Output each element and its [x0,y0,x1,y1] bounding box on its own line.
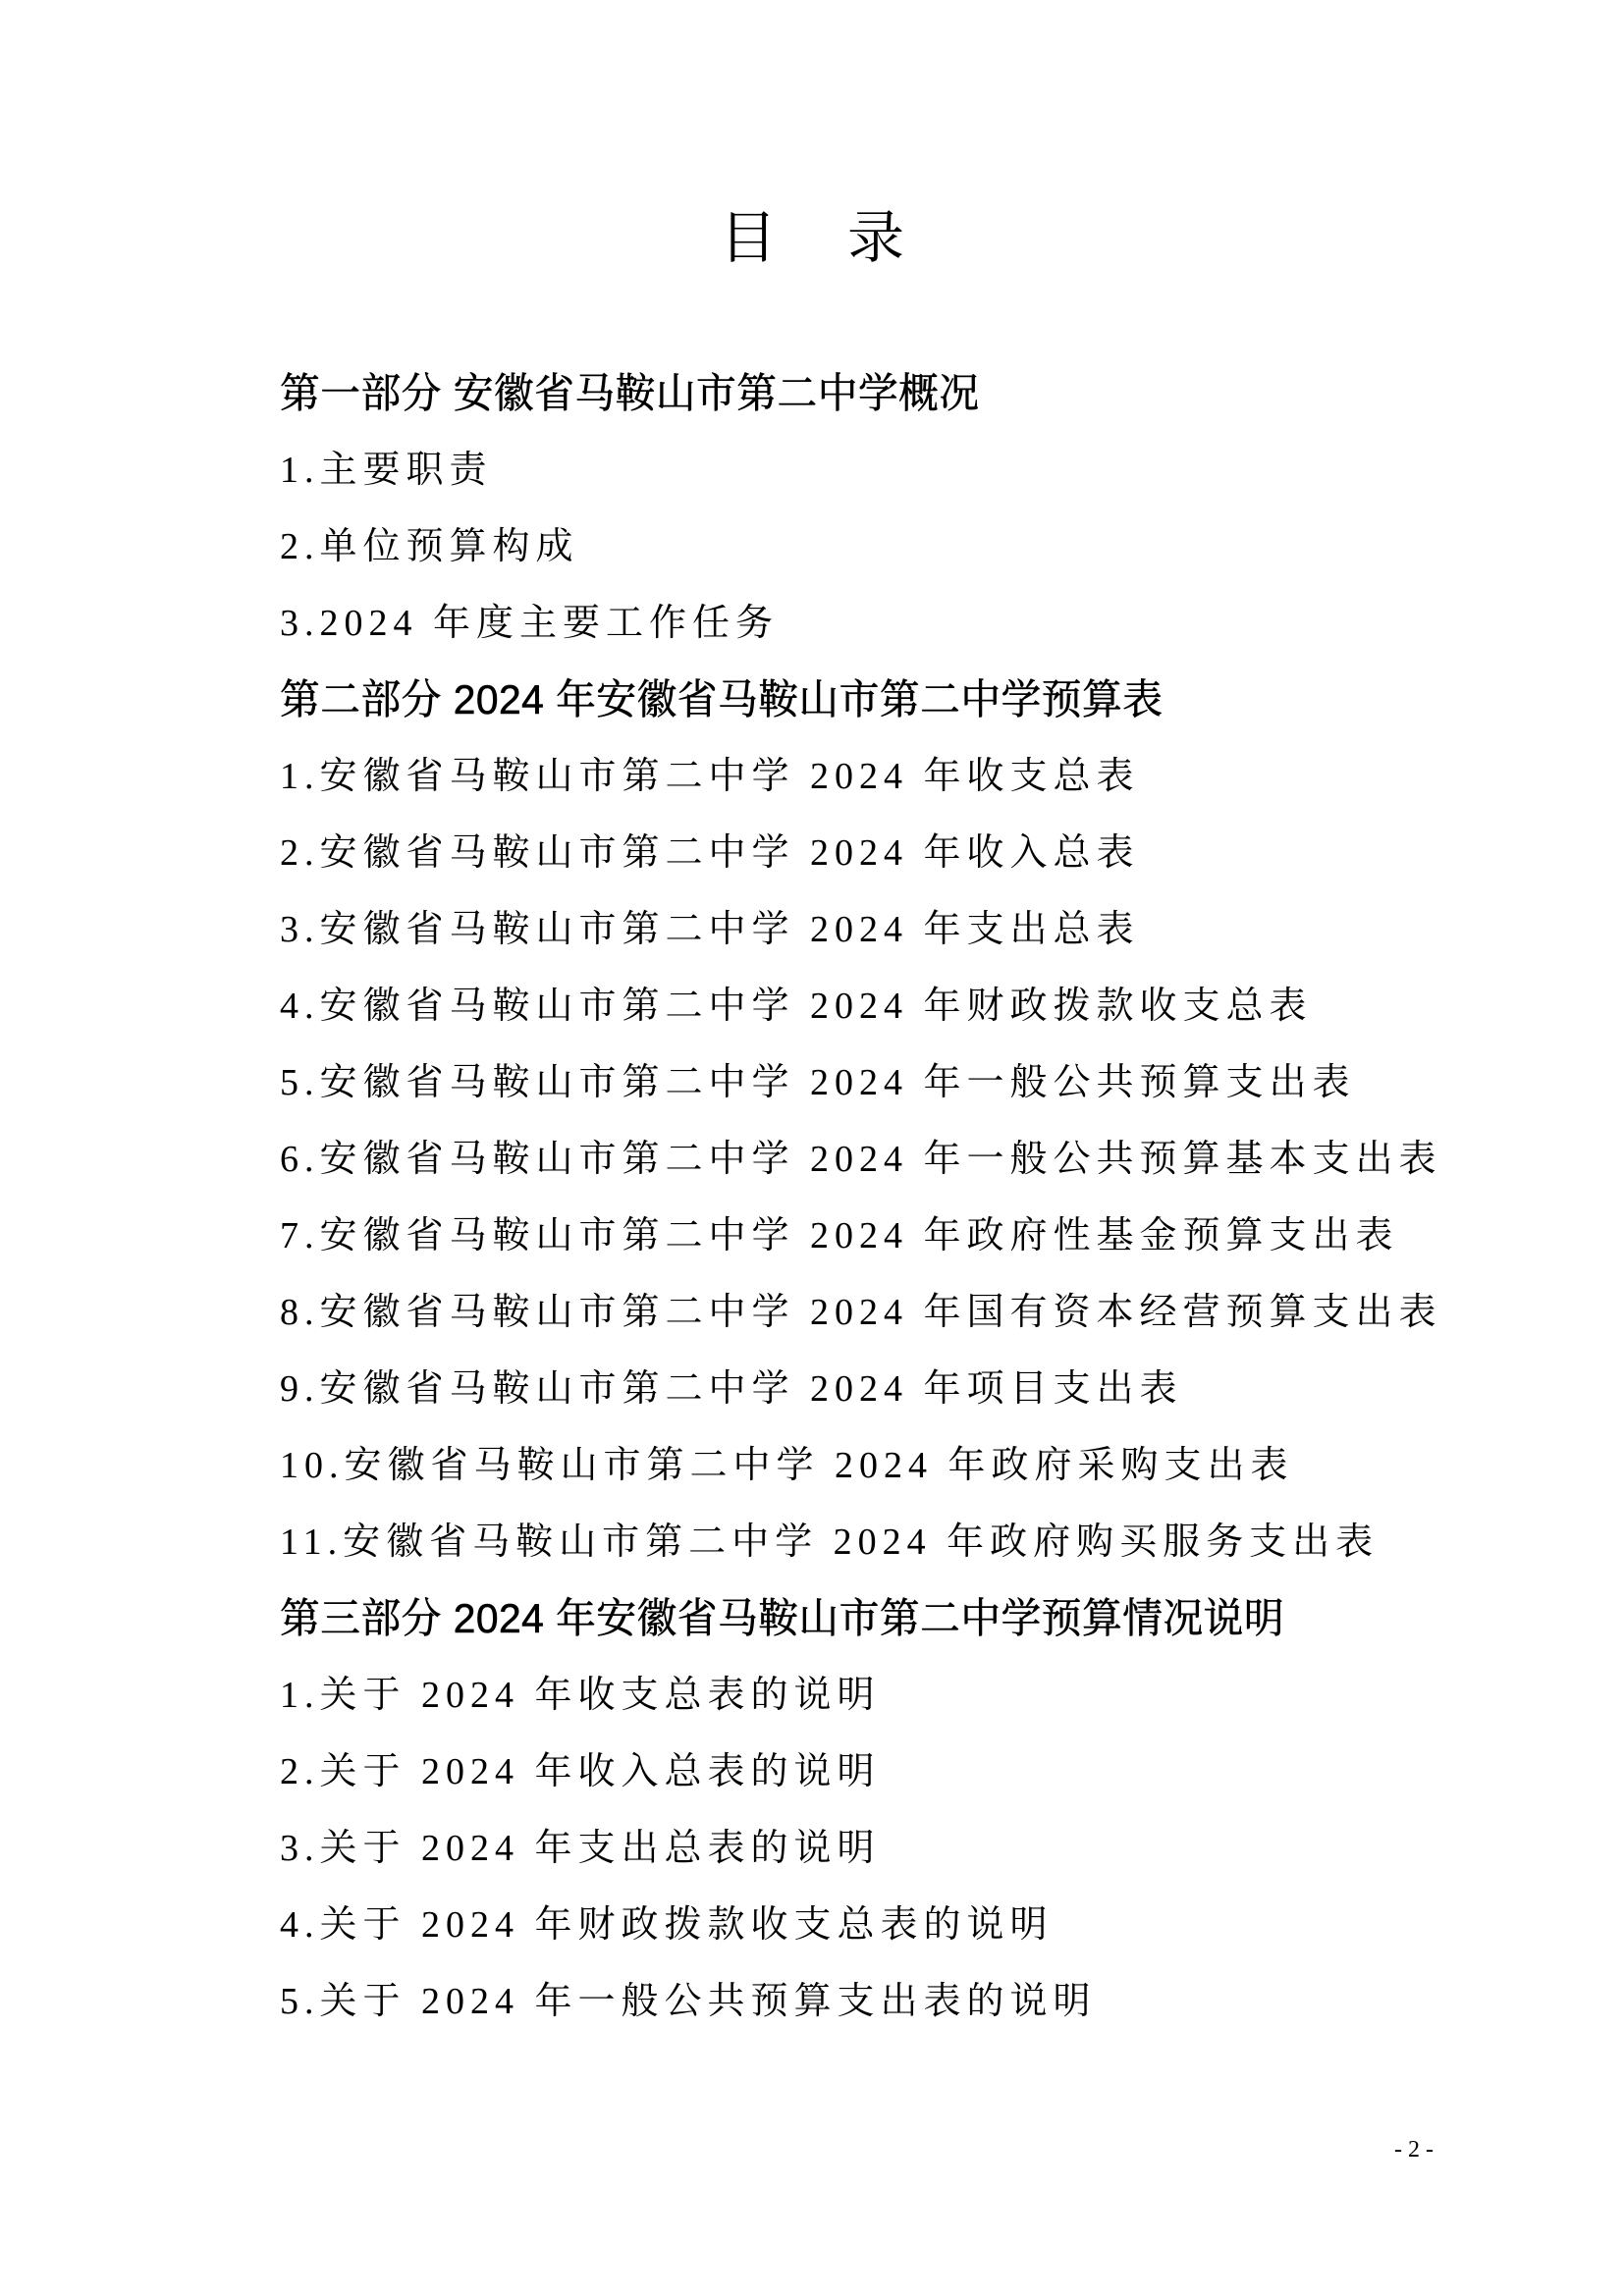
page-title-char-2: 录 [847,200,904,275]
toc-part2-item-7[interactable]: 7.安徽省马鞍山市第二中学 2024 年政府性基金预算支出表 [280,1205,1556,1282]
toc-part1-heading[interactable]: 第一部分 安徽省马鞍山市第二中学概况 [280,363,1518,440]
toc-part3-item-3[interactable]: 3.关于 2024 年支出总表的说明 [280,1818,1556,1895]
toc-part3-item-5[interactable]: 5.关于 2024 年一般公共预算支出表的说明 [280,1971,1556,2048]
toc-part2-heading[interactable]: 第二部分 2024 年安徽省马鞍山市第二中学预算表 [280,669,1518,746]
page-title: 目录 [0,200,1624,275]
toc-part1-item-3[interactable]: 3.2024 年度主要工作任务 [280,593,1556,669]
toc-part2-item-8[interactable]: 8.安徽省马鞍山市第二中学 2024 年国有资本经营预算支出表 [280,1282,1556,1359]
toc-part2-item-5[interactable]: 5.安徽省马鞍山市第二中学 2024 年一般公共预算支出表 [280,1052,1556,1129]
toc-part3-item-4[interactable]: 4.关于 2024 年财政拨款收支总表的说明 [280,1895,1556,1971]
toc-part3-item-1[interactable]: 1.关于 2024 年收支总表的说明 [280,1665,1556,1741]
toc-part1-item-2[interactable]: 2.单位预算构成 [280,516,1556,593]
toc-part2-item-3[interactable]: 3.安徽省马鞍山市第二中学 2024 年支出总表 [280,899,1556,976]
toc-part2-item-11[interactable]: 11.安徽省马鞍山市第二中学 2024 年政府购买服务支出表 [280,1512,1556,1588]
table-of-contents: 第一部分 安徽省马鞍山市第二中学概况 1.主要职责 2.单位预算构成 3.202… [280,363,1556,2048]
toc-part1-item-1[interactable]: 1.主要职责 [280,440,1556,516]
toc-part2-item-10[interactable]: 10.安徽省马鞍山市第二中学 2024 年政府采购支出表 [280,1435,1556,1512]
toc-part2-item-2[interactable]: 2.安徽省马鞍山市第二中学 2024 年收入总表 [280,823,1556,899]
toc-part2-item-6[interactable]: 6.安徽省马鞍山市第二中学 2024 年一般公共预算基本支出表 [280,1129,1556,1205]
toc-part2-item-9[interactable]: 9.安徽省马鞍山市第二中学 2024 年项目支出表 [280,1359,1556,1435]
page-number: - 2 - [1380,2134,1448,2165]
page-title-char-1: 目 [720,200,777,275]
toc-part3-item-2[interactable]: 2.关于 2024 年收入总表的说明 [280,1741,1556,1818]
toc-part2-item-4[interactable]: 4.安徽省马鞍山市第二中学 2024 年财政拨款收支总表 [280,976,1556,1052]
toc-part2-item-1[interactable]: 1.安徽省马鞍山市第二中学 2024 年收支总表 [280,746,1556,823]
toc-part3-heading[interactable]: 第三部分 2024 年安徽省马鞍山市第二中学预算情况说明 [280,1588,1518,1665]
